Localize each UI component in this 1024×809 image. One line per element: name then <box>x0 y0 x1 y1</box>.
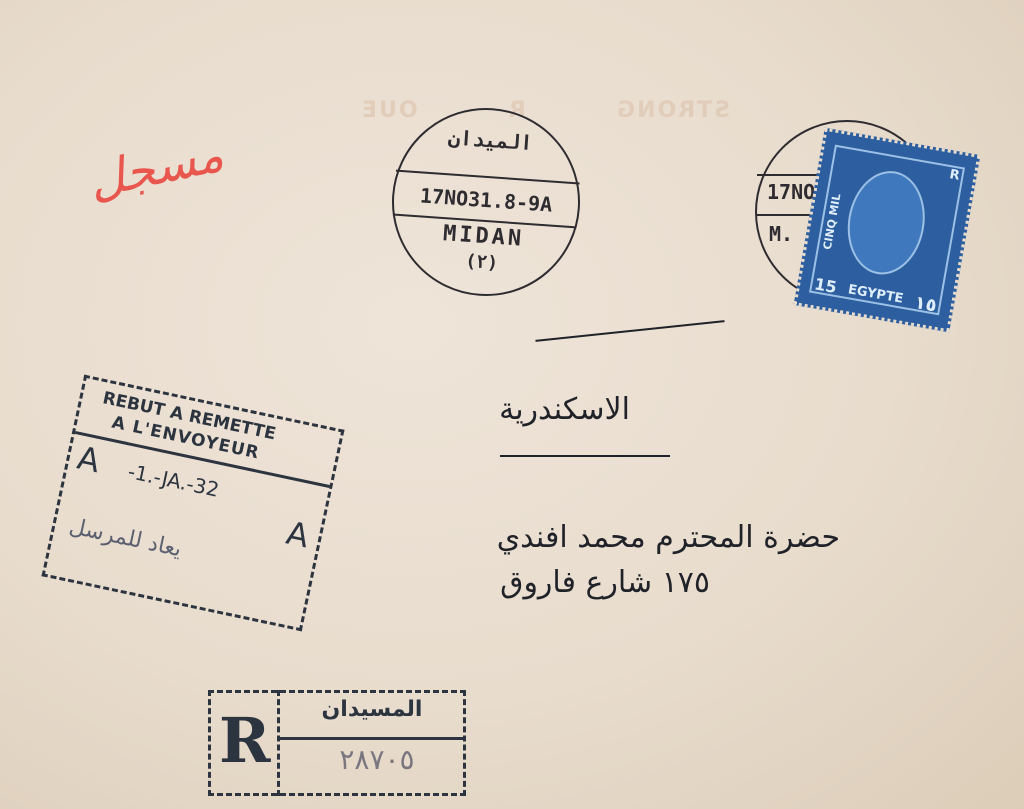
red-handwritten-note: مسجل <box>84 126 229 209</box>
return-date: -1.-JA.-32 <box>126 459 221 502</box>
return-arabic: يعاد للمرسل <box>67 514 184 562</box>
registration-label: R المسيدان ٢٨٧٠٥ <box>208 690 466 796</box>
registration-number: ٢٨٧٠٥ <box>301 743 453 776</box>
return-to-sender-box: REBUT A REMETTE A L'ENVOYEUR A -1.-JA.-3… <box>41 375 344 632</box>
postage-stamp: R 15 EGYPTE ١٥ CINQ MIL <box>794 128 981 333</box>
postmark-left: الميدان 17NO31.8-9A MIDAN (٢) <box>386 102 587 303</box>
address-line2: ١٧٥ شارع فاروق <box>370 565 710 600</box>
return-letter-left: A <box>74 439 103 481</box>
envelope: STRONG R OUE مسجل الميدان 17NO31.8-9A MI… <box>0 0 1024 809</box>
watermark-left: STRONG <box>615 98 730 123</box>
registration-letter: R <box>219 701 271 781</box>
return-letter-right: A <box>283 514 312 556</box>
watermark-right: OUE <box>360 98 418 123</box>
stamp-value-arabic: ١٥ <box>913 292 938 316</box>
registration-office: المسيدان <box>291 697 453 722</box>
postmark-date: 17NO31.8-9A <box>394 182 579 219</box>
address-city: الاسكندرية <box>430 392 630 427</box>
stamp-value-latin: 15 <box>813 274 838 297</box>
address-line1: حضرة المحترم محمد افندي <box>480 520 840 555</box>
